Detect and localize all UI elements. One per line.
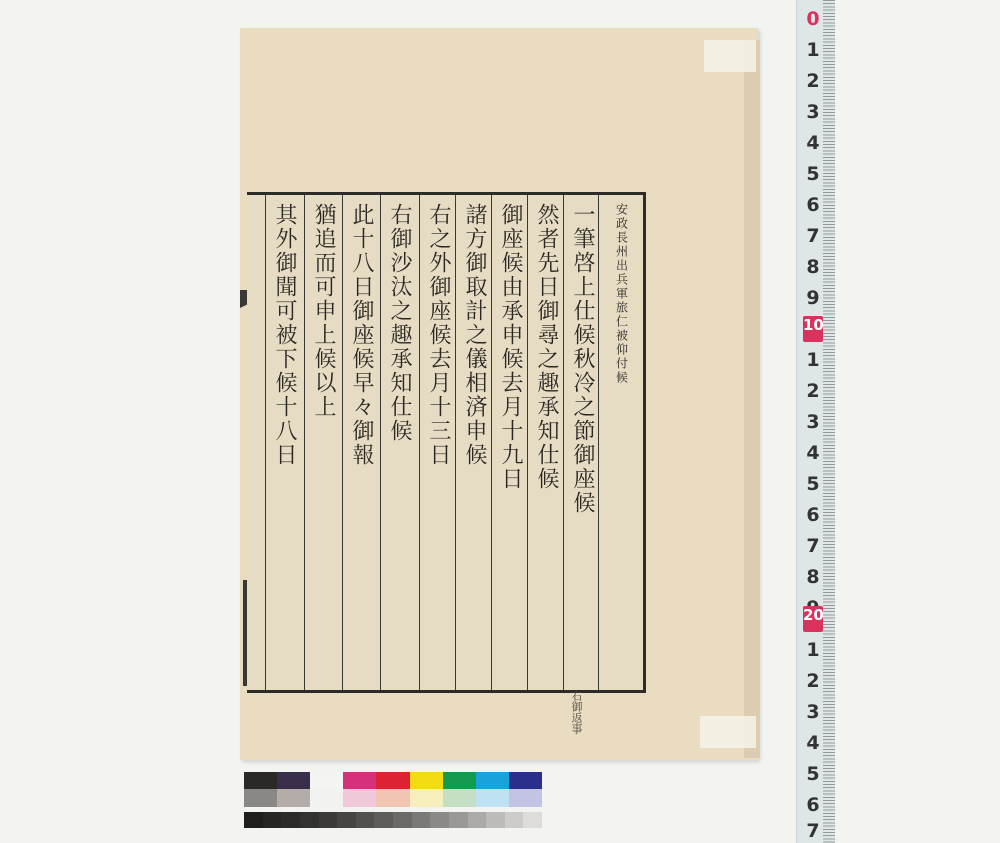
gray-step-swatch xyxy=(244,812,263,828)
color-swatch xyxy=(410,772,443,789)
color-swatch xyxy=(443,789,476,807)
gray-step-swatch xyxy=(505,812,524,828)
ruler-label: 4 xyxy=(803,132,823,154)
ruler-label: 1 xyxy=(803,39,823,61)
gray-step-swatch xyxy=(393,812,412,828)
color-calibration-chart xyxy=(244,772,542,826)
gray-step-swatch xyxy=(449,812,468,828)
color-swatch xyxy=(343,772,376,789)
color-swatch xyxy=(376,772,409,789)
color-swatch xyxy=(509,789,542,807)
tape-top xyxy=(704,40,756,72)
text-column: 右御沙汰之趣承知仕候 xyxy=(380,195,417,690)
color-swatch xyxy=(277,789,310,807)
color-swatch xyxy=(310,772,343,789)
color-swatch xyxy=(509,772,542,789)
text-column: 御座候由承申候去月十九日 xyxy=(491,195,528,690)
margin-note: 右御返事 xyxy=(568,690,584,734)
ruler-label: 20 xyxy=(803,606,823,632)
tape-bottom xyxy=(700,716,756,748)
color-swatch xyxy=(476,772,509,789)
text-column: 猶追而可申上候以上 xyxy=(304,195,341,690)
ruler-label: 8 xyxy=(803,566,823,588)
ruler-label: 7 xyxy=(803,535,823,557)
ruler-label: 0 xyxy=(803,8,823,30)
ruler-label: 5 xyxy=(803,473,823,495)
ruler-label: 4 xyxy=(803,732,823,754)
gray-step-swatch xyxy=(300,812,319,828)
ruler-label: 3 xyxy=(803,411,823,433)
color-swatch xyxy=(476,789,509,807)
text-column: 諸方御取計之儀相済申候 xyxy=(455,195,492,690)
gray-step-swatch xyxy=(356,812,375,828)
ruler-label: 9 xyxy=(803,287,823,309)
text-frame: 安政長州出兵軍旅仁被仰付候 一筆啓上仕候秋冷之節御座候 然者先日御尋之趣承知仕候… xyxy=(247,192,646,693)
ruler-label: 8 xyxy=(803,256,823,278)
ruler-label: 3 xyxy=(803,101,823,123)
ruler-label: 7 xyxy=(803,820,823,842)
text-column: 一筆啓上仕候秋冷之節御座候 xyxy=(563,195,600,690)
ruler-label: 10 xyxy=(803,316,823,342)
gray-step-swatch xyxy=(523,812,542,828)
ruler-ticks xyxy=(823,0,835,843)
gray-step-swatch xyxy=(468,812,487,828)
text-column: 然者先日御尋之趣承知仕候 xyxy=(527,195,564,690)
gray-step-swatch xyxy=(430,812,449,828)
ruler-label: 6 xyxy=(803,194,823,216)
color-swatch xyxy=(277,772,310,789)
measuring-ruler: 0 1 2 3 4 5 6 7 8 9 10 1 2 3 4 5 6 7 8 9… xyxy=(796,0,835,843)
color-swatch xyxy=(244,772,277,789)
color-swatch xyxy=(410,789,443,807)
gray-step-swatch xyxy=(374,812,393,828)
color-swatch xyxy=(443,772,476,789)
color-swatch xyxy=(244,789,277,807)
text-column: 其外御聞可被下候十八日 xyxy=(265,195,302,690)
gray-step-swatch xyxy=(412,812,431,828)
gray-step-swatch xyxy=(486,812,505,828)
ruler-label: 7 xyxy=(803,225,823,247)
ruler-label: 5 xyxy=(803,163,823,185)
ruler-label: 1 xyxy=(803,639,823,661)
ruler-label: 6 xyxy=(803,794,823,816)
ruler-label: 6 xyxy=(803,504,823,526)
color-swatch xyxy=(343,789,376,807)
ruler-label: 4 xyxy=(803,442,823,464)
ruler-label: 5 xyxy=(803,763,823,785)
gray-step-swatch xyxy=(319,812,338,828)
text-column: 右之外御座候去月十三日 xyxy=(419,195,456,690)
gray-step-swatch xyxy=(263,812,282,828)
text-column: 安政長州出兵軍旅仁被仰付候 xyxy=(598,195,644,690)
color-swatch xyxy=(376,789,409,807)
page-edge xyxy=(744,40,760,758)
ruler-label: 3 xyxy=(803,701,823,723)
ruler-label: 2 xyxy=(803,670,823,692)
ruler-label: 2 xyxy=(803,380,823,402)
text-column: 此十八日御座候早々御報 xyxy=(342,195,379,690)
gray-step-swatch xyxy=(337,812,356,828)
gray-step-swatch xyxy=(281,812,300,828)
ruler-label: 2 xyxy=(803,70,823,92)
ruler-label: 1 xyxy=(803,349,823,371)
color-swatch xyxy=(310,789,343,807)
